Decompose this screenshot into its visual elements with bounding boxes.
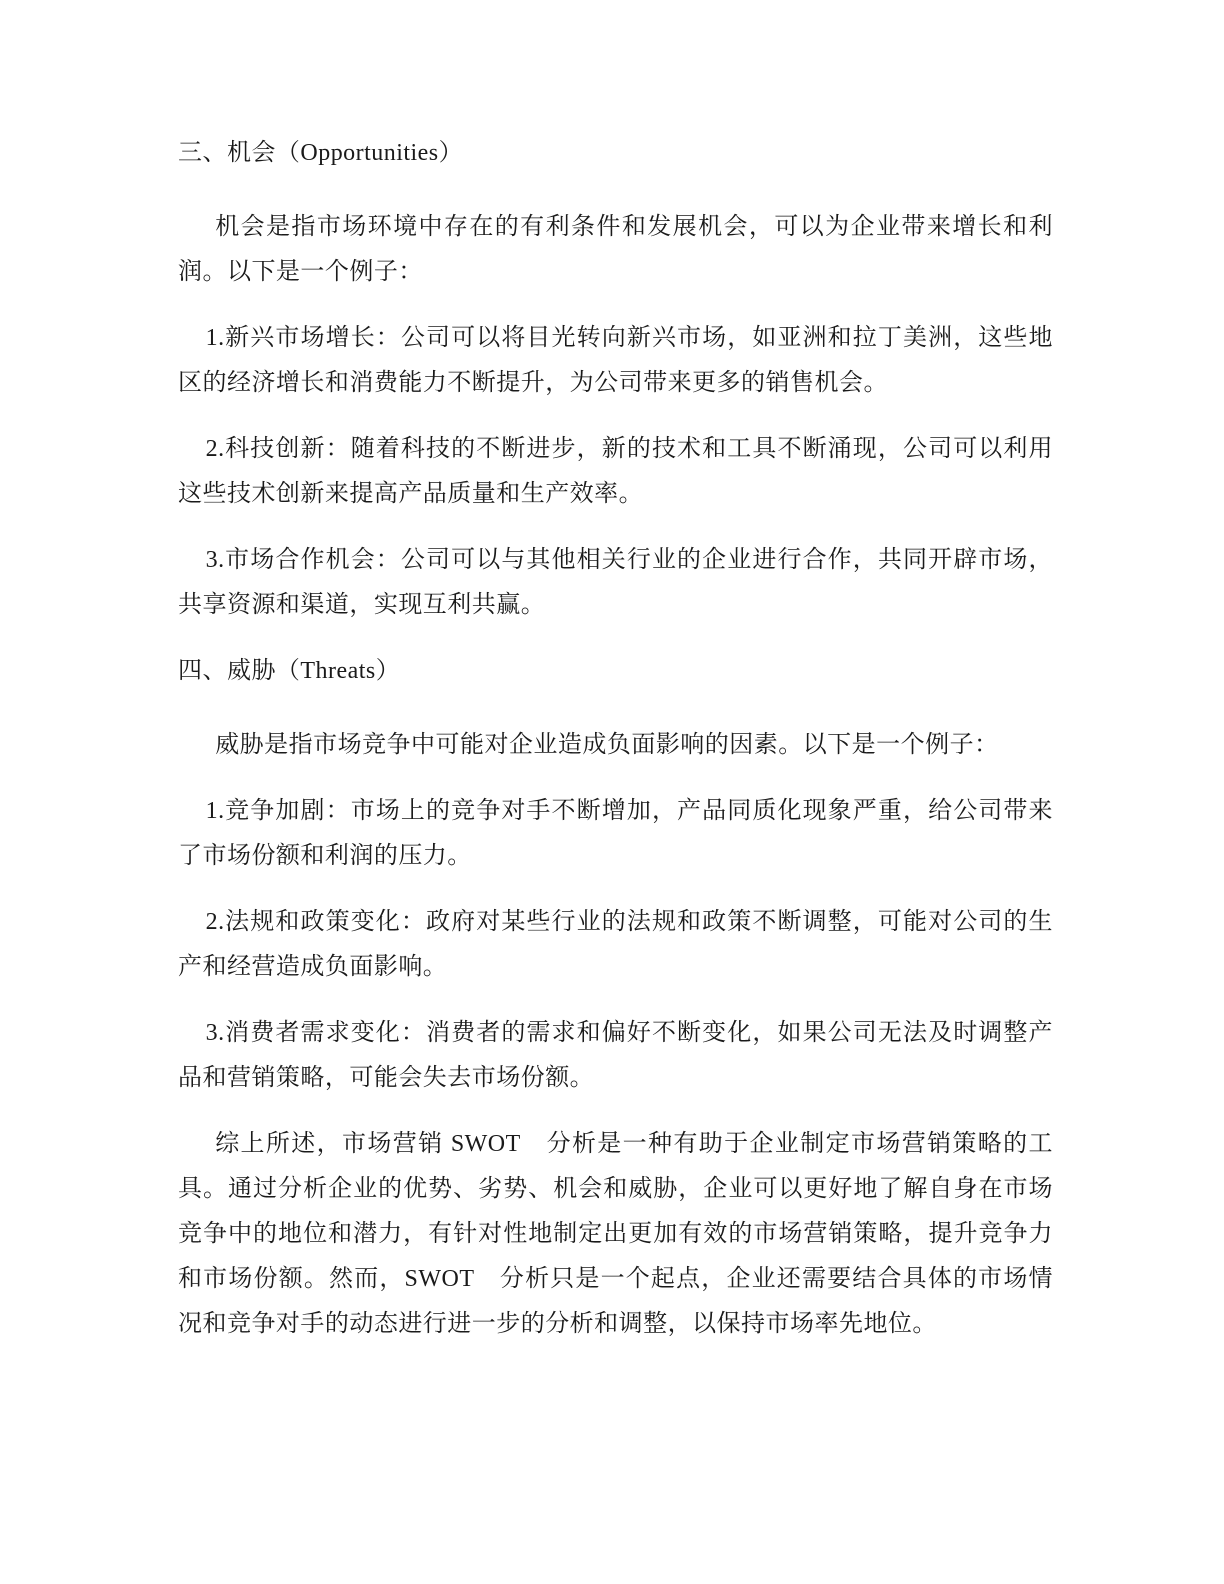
paragraph-conclusion: 综上所述，市场营销 SWOT 分析是一种有助于企业制定市场营销策略的工具。通过分… — [178, 1122, 1053, 1347]
heading-opportunities: 三、机会（Opportunities） — [178, 131, 1053, 176]
item-consumer-demand-change: 3.消费者需求变化：消费者的需求和偏好不断变化，如果公司无法及时调整产品和营销策… — [178, 1011, 1053, 1101]
item-market-cooperation: 3.市场合作机会：公司可以与其他相关行业的企业进行合作，共同开辟市场，共享资源和… — [178, 538, 1053, 628]
heading-threats: 四、威胁（Threats） — [178, 649, 1053, 694]
document-page: 三、机会（Opportunities） 机会是指市场环境中存在的有利条件和发展机… — [0, 0, 1224, 1584]
item-tech-innovation: 2.科技创新：随着科技的不断进步，新的技术和工具不断涌现，公司可以利用这些技术创… — [178, 427, 1053, 517]
paragraph-opportunities-intro: 机会是指市场环境中存在的有利条件和发展机会，可以为企业带来增长和利润。以下是一个… — [178, 205, 1053, 295]
item-competition-intensifies: 1.竞争加剧：市场上的竞争对手不断增加，产品同质化现象严重，给公司带来了市场份额… — [178, 789, 1053, 879]
paragraph-threats-intro: 威胁是指市场竞争中可能对企业造成负面影响的因素。以下是一个例子： — [178, 723, 1053, 768]
item-emerging-market-growth: 1.新兴市场增长：公司可以将目光转向新兴市场，如亚洲和拉丁美洲，这些地区的经济增… — [178, 316, 1053, 406]
item-regulation-policy-change: 2.法规和政策变化：政府对某些行业的法规和政策不断调整，可能对公司的生产和经营造… — [178, 900, 1053, 990]
